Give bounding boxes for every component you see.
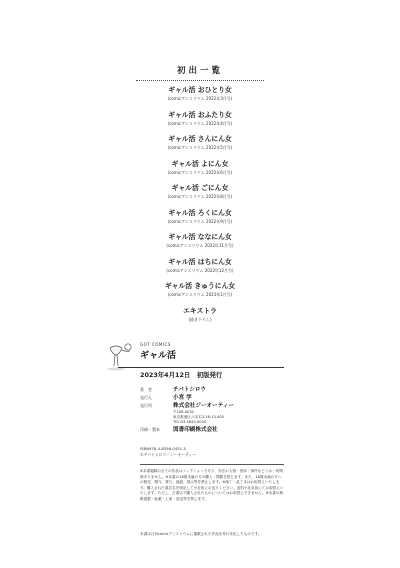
imprint-header: GOT COMICS ギャル活 [140,342,176,361]
toc-entry: ギャル活 よにん女(comicアンスリウム 2022年6月号) [0,160,400,185]
toc-entry: ギャル活 きゅうにん女(comicアンスリウム 2023年1月号) [0,282,400,307]
colophon-page: 初出一覧 ギャル活 おひとり女(comicアンスリウム 2022年3月号) ギャ… [0,0,400,568]
toc-entry: ギャル活 ごにん女(comicアンスリウム 2022年8月号) [0,184,400,209]
isbn-block: ISBN978-4-8356-0451-5 ©チバトシロウ／ジーオーティー [140,446,196,457]
toc-entry: ギャル活 ろくにん女(comicアンスリウム 2022年9月号) [0,209,400,234]
toc-entry-source: (comicアンスリウム 2022年11月号) [0,243,400,249]
toc-entry: ギャル活 さんにん女(comicアンスリウム 2022年5月号) [0,135,400,160]
credit-row-printer: 印刷・製本 図書印刷株式会社 [140,426,234,434]
credit-value: 小宮 学 [173,394,192,402]
notes-divider [140,464,284,465]
toc-entry-title: ギャル活 ななにん女 [0,233,400,242]
toc-entry-source: (comicアンスリウム 2022年9月号) [0,219,400,225]
publication-date: 2023年4月12日 初版発行 [140,370,222,379]
toc-entry-source: (comicアンスリウム 2022年3月号) [0,96,400,102]
publisher-name: 株式会社ジーオーティー [173,402,234,410]
toc-divider [136,80,264,81]
credit-row-publisher: 発行所 株式会社ジーオーティー 〒106-0032 東京都港区六本木3-16-1… [140,402,234,426]
toc-entry-source: (comicアンスリウム 2022年8月号) [0,194,400,200]
toc-entry-title: エキストラ [0,307,400,316]
toc-entry-source: (comicアンスリウム 2022年6月号) [0,170,400,176]
copyright: ©チバトシロウ／ジーオーティー [140,452,196,458]
toc-entry-source: (comicアンスリウム 2022年4月号) [0,121,400,127]
toc-entry-title: ギャル活 よにん女 [0,160,400,169]
toc-entry: エキストラ(描き下ろし) [0,307,400,332]
credit-row-publisher-person: 発行人 小宮 学 [140,394,234,402]
toc-entry-source: (comicアンスリウム 2022年5月号) [0,145,400,151]
imprint-divider [118,367,284,368]
credit-label: 発行人 [140,394,168,401]
toc-entry-title: ギャル活 おふたり女 [0,111,400,120]
toc-entry: ギャル活 おひとり女(comicアンスリウム 2022年3月号) [0,86,400,111]
credit-label: 発行所 [140,402,168,409]
legal-notes: ※本書掲載の全ての作品はフィクションであり、実在の人物・団体・事件などとは一切関… [140,469,284,503]
credit-value: チバトシロウ [173,386,206,394]
toc-entry: ギャル活 はちにん女(comicアンスリウム 2022年12月号) [0,258,400,283]
toc-entry-title: ギャル活 はちにん女 [0,258,400,267]
book-title: ギャル活 [140,348,176,361]
toc-entry-source: (描き下ろし) [0,317,400,323]
credit-value: 図書印刷株式会社 [173,426,218,434]
toc-list: ギャル活 おひとり女(comicアンスリウム 2022年3月号) ギャル活 おふ… [0,86,400,331]
toc-entry-title: ギャル活 さんにん女 [0,135,400,144]
toc-entry-source: (comicアンスリウム 2023年1月号) [0,292,400,298]
toc-entry: ギャル活 ななにん女(comicアンスリウム 2022年11月号) [0,233,400,258]
credits-table: 著 者 チバトシロウ 発行人 小宮 学 発行所 株式会社ジーオーティー 〒106… [140,386,234,434]
source-note: 本書は月刊comicアンスリウムに掲載された作品を単行本化したものです。 [140,532,290,537]
imprint-label: GOT COMICS [140,342,176,347]
toc-entry-title: ギャル活 きゅうにん女 [0,282,400,291]
toc-entry-source: (comicアンスリウム 2022年12月号) [0,268,400,274]
toc-entry-title: ギャル活 おひとり女 [0,86,400,95]
credit-row-author: 著 者 チバトシロウ [140,386,234,394]
credit-label: 著 者 [140,386,168,393]
toc-entry: ギャル活 おふたり女(comicアンスリウム 2022年4月号) [0,111,400,136]
toc-title: 初出一覧 [0,64,400,76]
toc-entry-title: ギャル活 ごにん女 [0,184,400,193]
toc-entry-title: ギャル活 ろくにん女 [0,209,400,218]
credit-value: 株式会社ジーオーティー 〒106-0032 東京都港区六本木3-16-13-40… [173,402,234,426]
credit-label: 印刷・製本 [140,426,168,433]
